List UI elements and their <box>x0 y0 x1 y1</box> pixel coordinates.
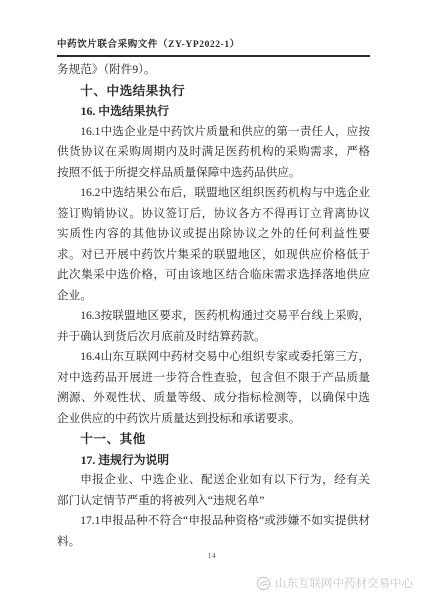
clause-16-2: 16.2中选结果公布后，联盟地区组织医药机构与中选企业签订购销协议。协议签订后，… <box>57 183 370 306</box>
clause-heading-17: 17. 违规行为说明 <box>57 450 370 471</box>
footer-watermark: 山东互联网中药材交易中心 <box>256 575 413 591</box>
page-number: 14 <box>0 551 424 560</box>
document-page: 中药饮片联合采购文件（ZY-YP2022-1） 务规范》（附件9）。 十、中选结… <box>0 0 424 600</box>
section-heading-11: 十一、其他 <box>57 429 370 450</box>
clause-17-1: 17.1申报品种不符合“申报品种资格”或涉嫌不如实提供材料。 <box>57 511 370 552</box>
clause-heading-16: 16. 中选结果执行 <box>57 101 370 122</box>
clause-16-1: 16.1中选企业是中药饮片质量和供应的第一责任人，应按供货协议在采购周期内及时满… <box>57 122 370 184</box>
clause-16-3: 16.3按联盟地区要求，医药机构通过交易平台线上采购，并于确认到货后次月底前及时… <box>57 306 370 347</box>
clause-17-intro: 申报企业、中选企业、配送企业如有以下行为，经有关部门认定情节严重的将被列入“违规… <box>57 470 370 511</box>
clause-16-4: 16.4山东互联网中药材交易中心组织专家或委托第三方，对中选药品开展进一步符合性… <box>57 347 370 429</box>
section-heading-10: 十、中选结果执行 <box>57 81 370 102</box>
running-header: 中药饮片联合采购文件（ZY-YP2022-1） <box>57 36 370 57</box>
exchange-logo-icon <box>256 576 271 591</box>
document-body: 务规范》（附件9）。 十、中选结果执行 16. 中选结果执行 16.1中选企业是… <box>57 60 370 552</box>
paragraph-continuation: 务规范》（附件9）。 <box>57 60 370 81</box>
watermark-text: 山东互联网中药材交易中心 <box>275 575 413 591</box>
